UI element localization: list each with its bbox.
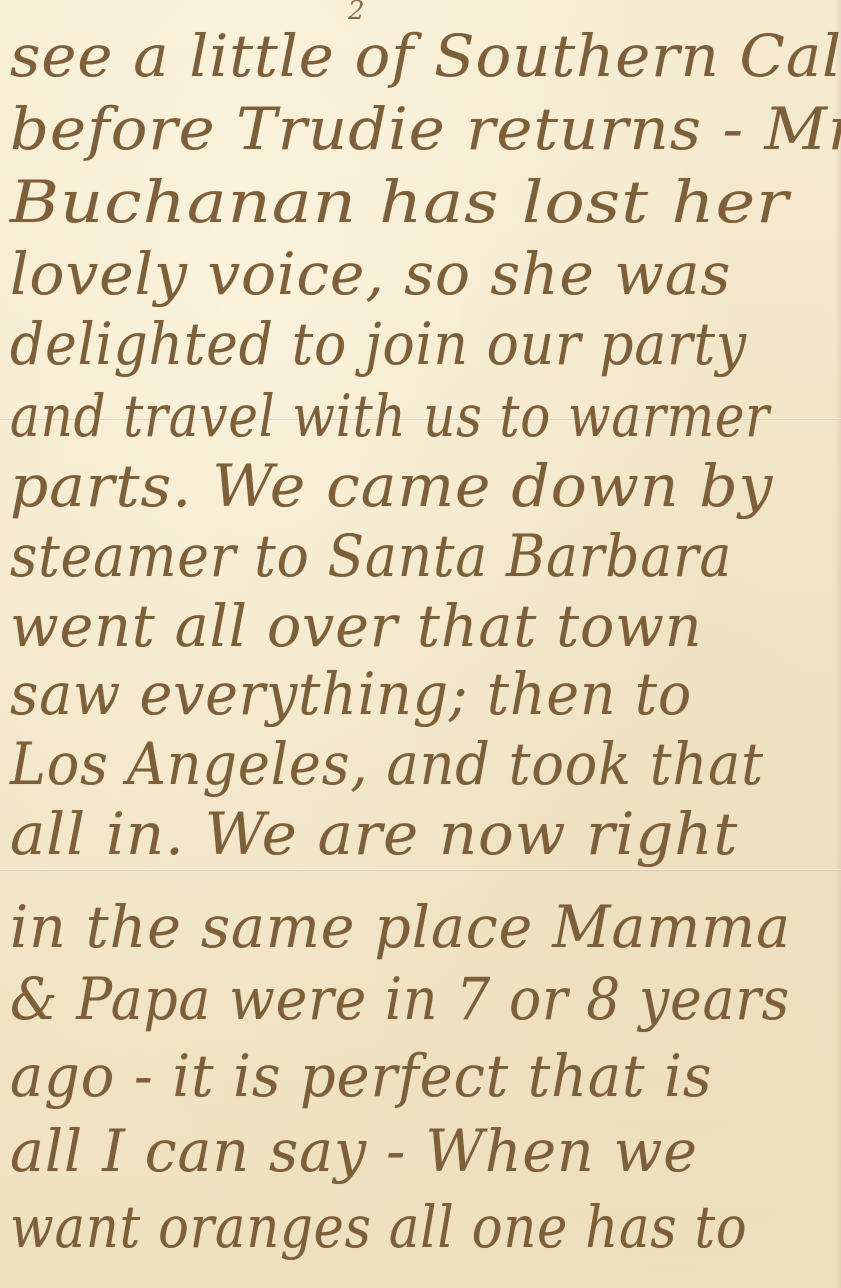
handwritten-line: ago - it is perfect that is: [10, 1042, 712, 1110]
handwritten-line: parts. We came down by: [10, 452, 773, 520]
handwritten-line: lovely voice, so she was: [10, 240, 731, 308]
handwritten-line: in the same place Mamma: [10, 893, 791, 961]
handwritten-line: steamer to Santa Barbara: [10, 522, 732, 590]
paper-fold-crease: [0, 869, 841, 871]
handwritten-line: and travel with us to warmer: [10, 382, 770, 450]
handwritten-line: saw everything; then to: [10, 660, 692, 728]
handwritten-line: delighted to join our party: [10, 310, 747, 378]
handwritten-line: see a little of Southern Cal: [10, 22, 841, 90]
handwritten-line: Buchanan has lost her: [10, 168, 789, 236]
letter-page: 2 see a little of Southern Cal before Tr…: [0, 0, 841, 1288]
handwritten-line: before Trudie returns - Mrs: [10, 95, 841, 163]
handwritten-line: all I can say - When we: [10, 1117, 698, 1185]
handwritten-line: Los Angeles, and took that: [10, 730, 764, 798]
paper-edge: [835, 0, 841, 1288]
handwritten-line: want oranges all one has to: [10, 1193, 748, 1261]
handwritten-line: & Papa were in 7 or 8 years: [10, 965, 790, 1033]
handwritten-line: went all over that town: [10, 592, 702, 660]
handwritten-line: all in. We are now right: [10, 800, 738, 868]
